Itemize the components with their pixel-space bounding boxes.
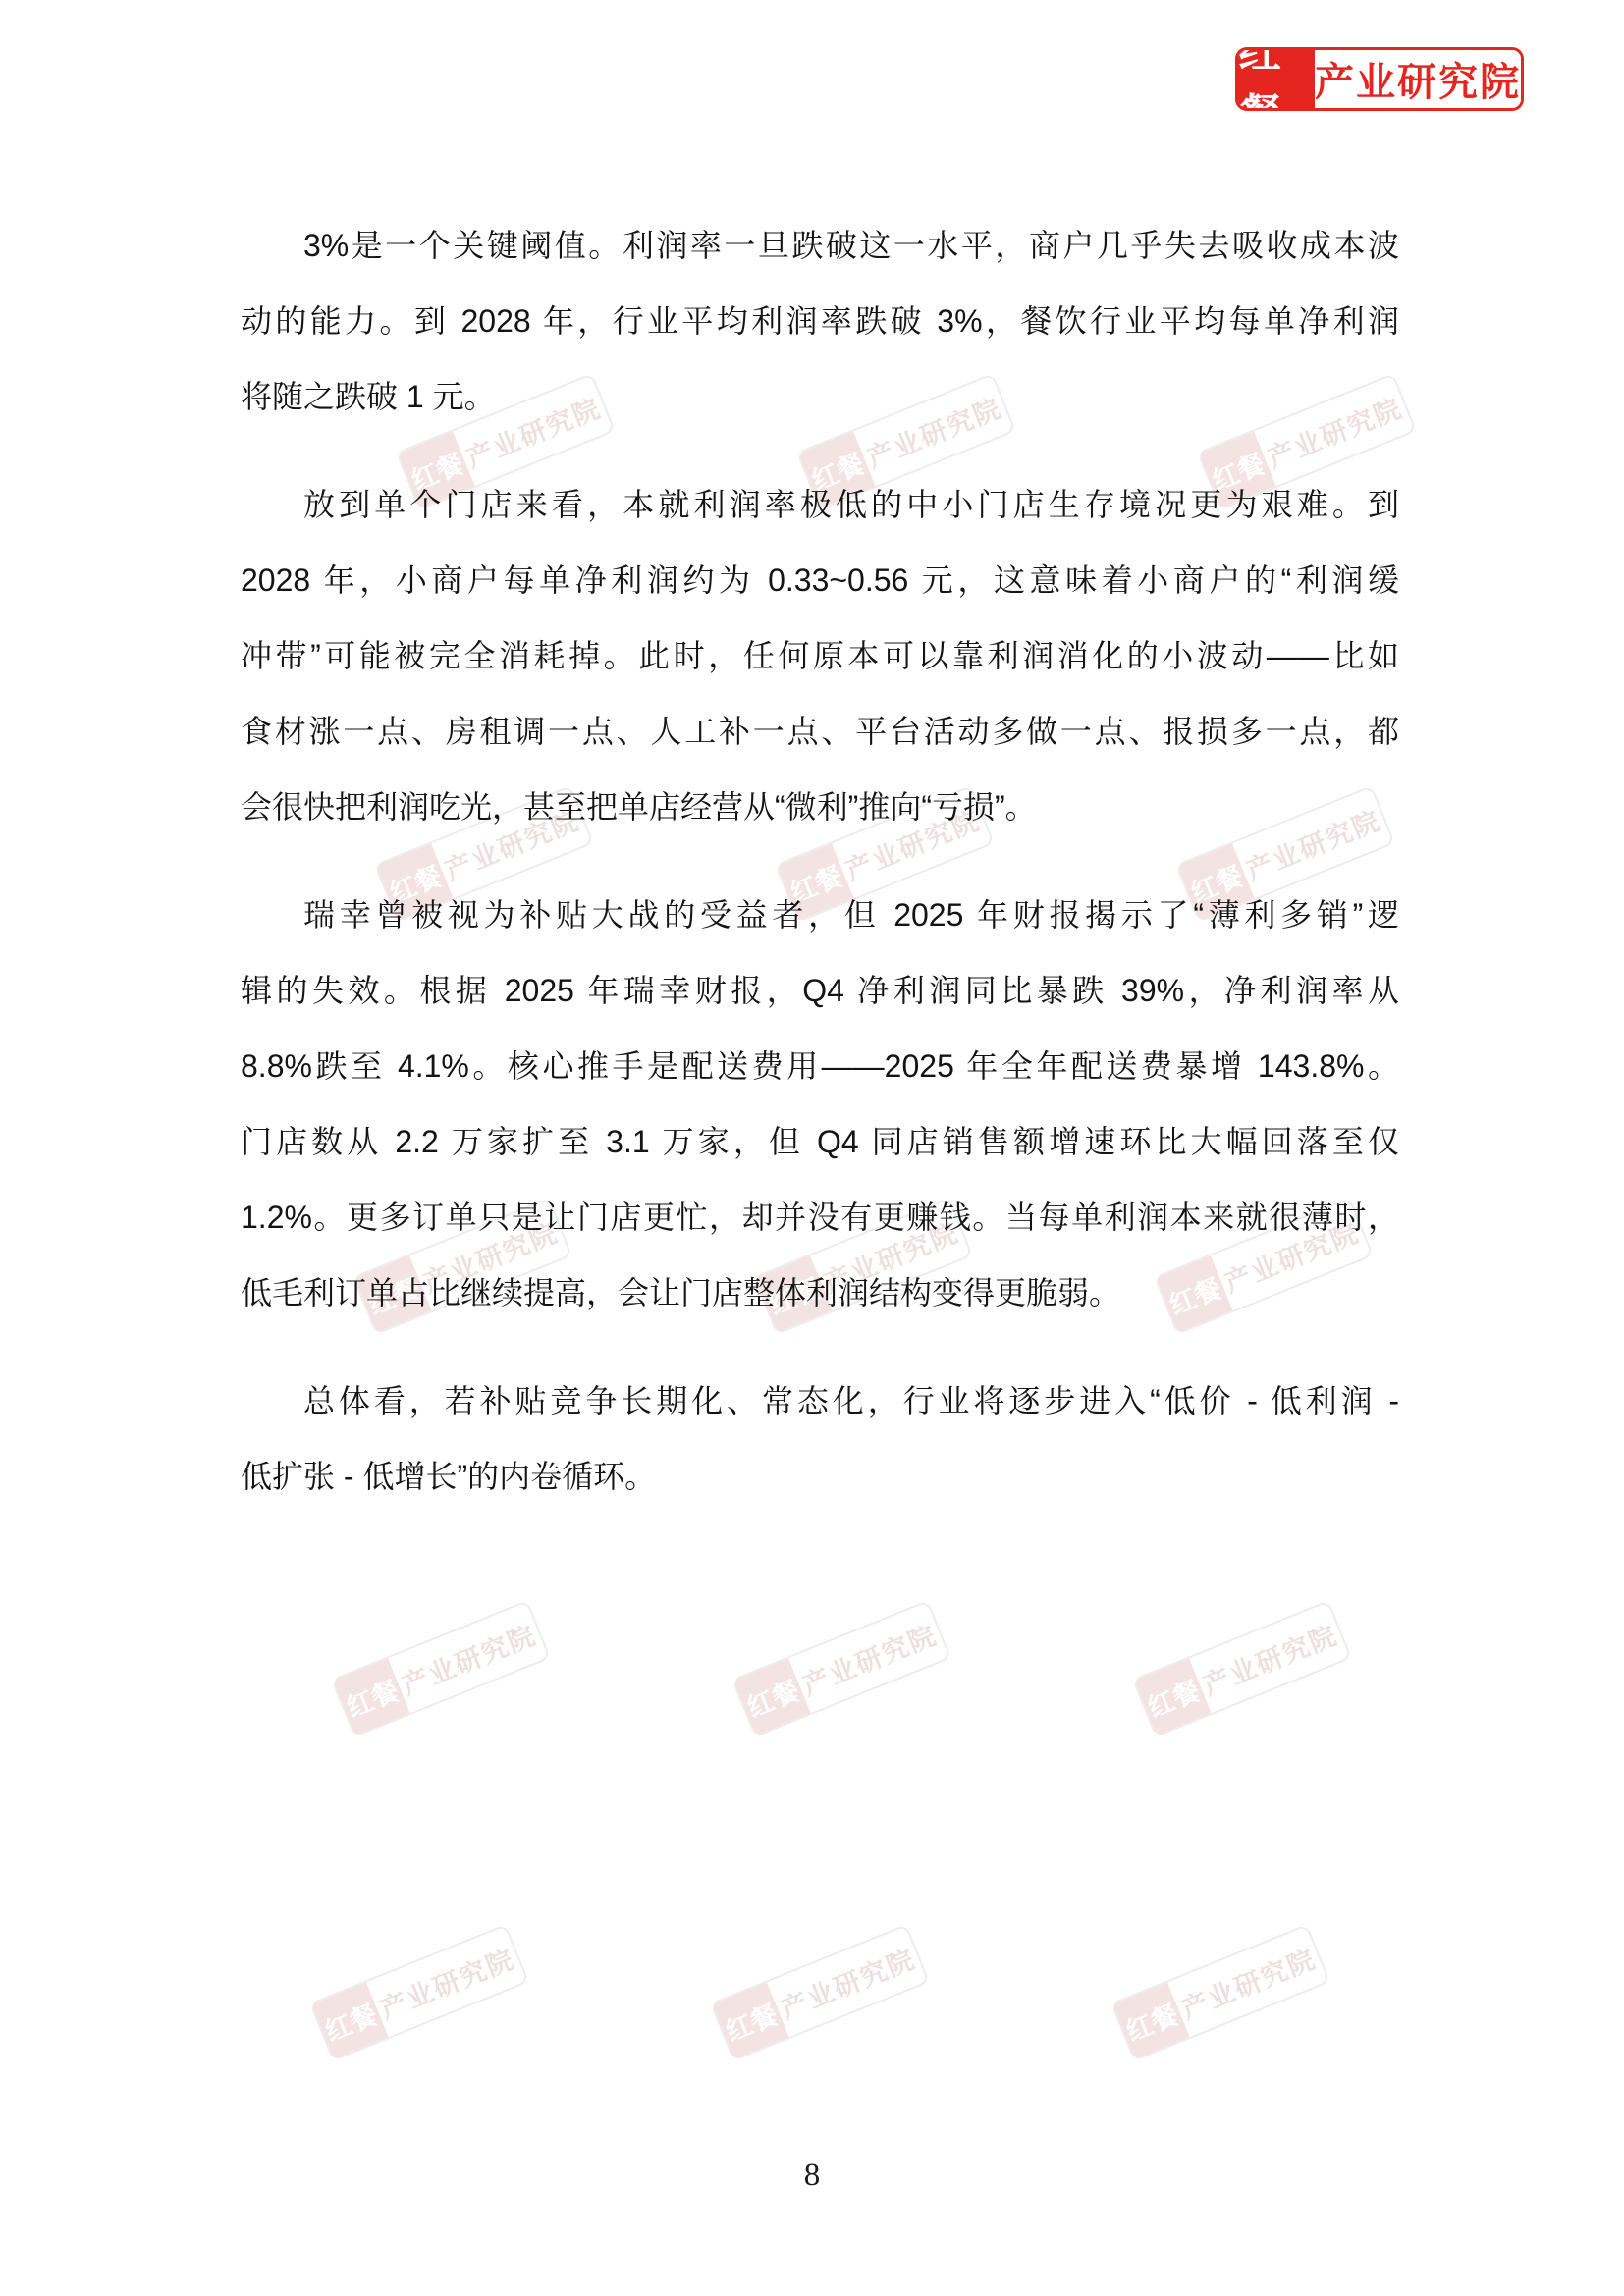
text-line: 低毛利订单占比继续提高，会让门店整体利润结构变得更脆弱。 [241,1255,1399,1331]
text-line: 将随之跌破 1 元。 [241,359,1399,435]
brand-watermark: 红餐产业研究院 [731,1600,951,1737]
text-line: 辑的失效。根据 2025 年瑞幸财报，Q4 净利润同比暴跌 39%，净利润率从 [241,953,1399,1029]
brand-watermark: 红餐产业研究院 [1132,1600,1352,1737]
text-line: 动的能力。到 2028 年，行业平均利润率跌破 3%，餐饮行业平均每单净利润 [241,284,1399,359]
paragraph: 放到单个门店来看，本就利润率极低的中小门店生存境况更为艰难。到2028 年，小商… [241,467,1399,845]
logo-suffix: 产业研究院 [1315,50,1521,108]
brand-watermark: 红餐产业研究院 [331,1600,551,1737]
brand-watermark: 红餐产业研究院 [309,1924,529,2061]
document-body: 3%是一个关键阈值。利润率一旦跌破这一水平，商户几乎失去吸收成本波动的能力。到 … [241,208,1399,1515]
logo-brand-mark: 红餐 [1238,50,1315,108]
watermark-suffix-text: 产业研究院 [366,1926,526,2037]
text-line: 放到单个门店来看，本就利润率极低的中小门店生存境况更为艰难。到 [241,467,1399,543]
watermark-suffix-text: 产业研究院 [767,1926,927,2037]
text-line: 2028 年，小商户每单净利润约为 0.33~0.56 元，这意味着小商户的“利… [241,543,1399,618]
text-line: 1.2%。更多订单只是让门店更忙，却并没有更赚钱。当每单利润本来就很薄时， [241,1180,1399,1255]
document-page: 红餐产业研究院红餐产业研究院红餐产业研究院红餐产业研究院红餐产业研究院红餐产业研… [0,0,1624,2296]
text-line: 瑞幸曾被视为补贴大战的受益者，但 2025 年财报揭示了“薄利多销”逻 [241,878,1399,953]
watermark-suffix-text: 产业研究院 [388,1602,548,1713]
logo-brand-text: 红餐 [1238,47,1315,111]
logo-suffix-text: 产业研究院 [1315,51,1521,107]
text-line: 8.8%跌至 4.1%。核心推手是配送费用——2025 年全年配送费暴增 143… [241,1029,1399,1104]
text-line: 会很快把利润吃光，甚至把单店经营从“微利”推向“亏损”。 [241,770,1399,845]
text-line: 总体看，若补贴竞争长期化、常态化，行业将逐步进入“低价 - 低利润 - [241,1363,1399,1439]
paragraph: 总体看，若补贴竞争长期化、常态化，行业将逐步进入“低价 - 低利润 -低扩张 -… [241,1363,1399,1515]
paragraph: 瑞幸曾被视为补贴大战的受益者，但 2025 年财报揭示了“薄利多销”逻辑的失效。… [241,878,1399,1331]
brand-watermark: 红餐产业研究院 [710,1924,930,2061]
brand-logo: 红餐 产业研究院 [1235,47,1524,111]
text-line: 低扩张 - 低增长”的内卷循环。 [241,1439,1399,1515]
text-line: 冲带”可能被完全消耗掉。此时，任何原本可以靠利润消化的小波动——比如 [241,618,1399,694]
brand-watermark: 红餐产业研究院 [1110,1924,1330,2061]
text-line: 门店数从 2.2 万家扩至 3.1 万家，但 Q4 同店销售额增速环比大幅回落至… [241,1104,1399,1180]
text-line: 食材涨一点、房租调一点、人工补一点、平台活动多做一点、报损多一点，都 [241,694,1399,770]
page-number: 8 [0,2156,1624,2195]
watermark-suffix-text: 产业研究院 [1167,1926,1327,2037]
text-line: 3%是一个关键阈值。利润率一旦跌破这一水平，商户几乎失去吸收成本波 [241,208,1399,284]
watermark-suffix-text: 产业研究院 [1189,1602,1349,1713]
watermark-suffix-text: 产业研究院 [788,1602,948,1713]
paragraph: 3%是一个关键阈值。利润率一旦跌破这一水平，商户几乎失去吸收成本波动的能力。到 … [241,208,1399,435]
